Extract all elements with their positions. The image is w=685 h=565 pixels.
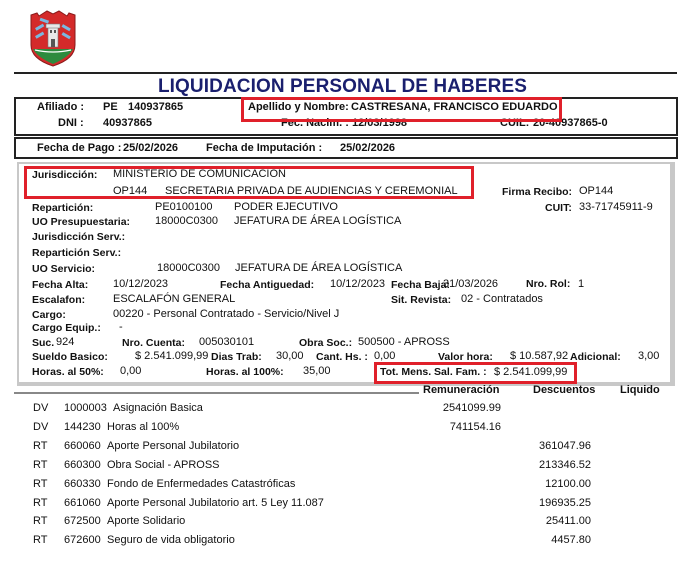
row-description: Horas al 100% [107,421,179,433]
row-code: 672600 [64,534,101,546]
row-type: DV [33,402,48,414]
uo-servicio-label: UO Servicio: [32,263,95,275]
jurisdiccion-highlight [24,166,474,199]
dni-value: 40937865 [103,117,152,129]
cargo-label: Cargo: [32,309,66,321]
name-highlight [241,97,562,122]
nro-rol-value: 1 [578,278,584,290]
sit-revista-value: 02 - Contratados [461,293,543,305]
imputacion-label: Fecha de Imputación : [206,142,322,154]
firma-value: OP144 [579,185,613,197]
row-code: 661060 [64,497,101,509]
row-descuentos: 25411.00 [546,515,591,527]
row-code: 672500 [64,515,101,527]
fecha-alta-label: Fecha Alta: [32,279,88,291]
obra-soc-label: Obra Soc.: [299,337,352,349]
row-description: Fondo de Enfermedades Catastróficas [107,478,295,490]
cant-hs-label: Cant. Hs. : [316,351,368,363]
uo-presup-value: JEFATURA DE ÁREA LOGÍSTICA [234,215,401,227]
obra-soc-value: 500500 - APROSS [358,336,450,348]
row-description: Obra Social - APROSS [107,459,220,471]
pago-label: Fecha de Pago : [37,142,121,154]
row-type: DV [33,421,48,433]
sit-revista-label: Sit. Revista: [391,294,451,306]
page-title: LIQUIDACION PERSONAL DE HABERES [0,76,685,98]
row-descuentos: 361047.96 [539,440,591,452]
row-type: RT [33,478,47,490]
row-code: 660330 [64,478,101,490]
cuit-value: 33-71745911-9 [579,201,653,213]
cargo-equip-label: Cargo Equip.: [32,322,101,334]
pago-value: 25/02/2026 [123,142,178,154]
row-descuentos: 12100.00 [545,478,591,490]
sueldo-value: $ 2.541.099,99 [135,350,208,362]
escalafon-value: ESCALAFÓN GENERAL [113,293,235,305]
row-code: 144230 [64,421,101,433]
nro-cuenta-value: 005030101 [199,336,254,348]
row-type: RT [33,515,47,527]
afiliado-number: 140937865 [128,101,183,113]
uo-presup-label: UO Presupuestaria: [32,216,130,228]
dias-value: 30,00 [276,350,304,362]
reparticion-value: PODER EJECUTIVO [234,201,338,213]
row-description: Aporte Personal Jubilatorio [107,440,239,452]
nro-cuenta-label: Nro. Cuenta: [122,337,185,349]
header-rule [14,72,677,74]
imputacion-value: 25/02/2026 [340,142,395,154]
row-code: 660300 [64,459,101,471]
province-crest-icon [27,7,79,67]
adicional-label: Adicional: [570,351,621,363]
jurisdiccion-serv-label: Jurisdicción Serv.: [32,231,125,243]
row-descuentos: 213346.52 [539,459,591,471]
col-descuentos: Descuentos [533,384,595,396]
escalafon-label: Escalafon: [32,294,85,306]
row-code: 1000003 [64,402,107,414]
cant-hs-value: 0,00 [374,350,395,362]
fecha-baja-value: 31/03/2026 [443,278,498,290]
row-description: Seguro de vida obligatorio [107,534,235,546]
horas50-value: 0,00 [120,365,141,377]
uo-presup-code: 18000C0300 [155,215,218,227]
row-remuneracion: 741154.16 [450,421,501,433]
fecha-antig-label: Fecha Antiguedad: [220,279,314,291]
table-rule [14,392,419,394]
cargo-value: 00220 - Personal Contratado - Servicio/N… [113,308,339,320]
reparticion-label: Repartición: [32,202,93,214]
row-description: Aporte Personal Jubilatorio art. 5 Ley 1… [107,497,324,509]
row-type: RT [33,440,47,452]
row-description: Aporte Solidario [107,515,185,527]
cargo-equip-value: - [119,321,123,333]
valor-hora-value: $ 10.587,92 [510,350,568,362]
col-remuneracion: Remuneración [423,384,499,396]
fecha-baja-label: Fecha Baja: [391,279,450,291]
suc-label: Suc. [32,337,54,349]
row-descuentos: 4457.80 [551,534,591,546]
afiliado-label: Afiliado : [37,101,84,113]
uo-servicio-value: JEFATURA DE ÁREA LOGÍSTICA [235,262,402,274]
cuit-label: CUIT: [545,202,572,214]
afiliado-type: PE [103,101,118,113]
dias-label: Dias Trab: [211,351,262,363]
fecha-alta-value: 10/12/2023 [113,278,168,290]
reparticion-code: PE0100100 [155,201,213,213]
row-descuentos: 196935.25 [539,497,591,509]
row-remuneracion: 2541099.99 [443,402,501,414]
row-type: RT [33,497,47,509]
adicional-value: 3,00 [638,350,659,362]
col-liquido: Liquido [620,384,660,396]
horas100-label: Horas. al 100%: [206,366,284,378]
uo-servicio-code: 18000C0300 [157,262,220,274]
reparticion-serv-label: Repartición Serv.: [32,247,121,259]
row-type: RT [33,534,47,546]
horas50-label: Horas. al 50%: [32,366,104,378]
tot-mens-highlight [374,362,577,384]
fecha-antig-value: 10/12/2023 [330,278,385,290]
dni-label: DNI : [58,117,84,129]
horas100-value: 35,00 [303,365,331,377]
nro-rol-label: Nro. Rol: [526,278,570,290]
suc-value: 924 [56,336,74,348]
sueldo-label: Sueldo Basico: [32,351,108,363]
row-code: 660060 [64,440,101,452]
row-type: RT [33,459,47,471]
firma-label: Firma Recibo: [502,186,572,198]
row-description: Asignación Basica [113,402,203,414]
